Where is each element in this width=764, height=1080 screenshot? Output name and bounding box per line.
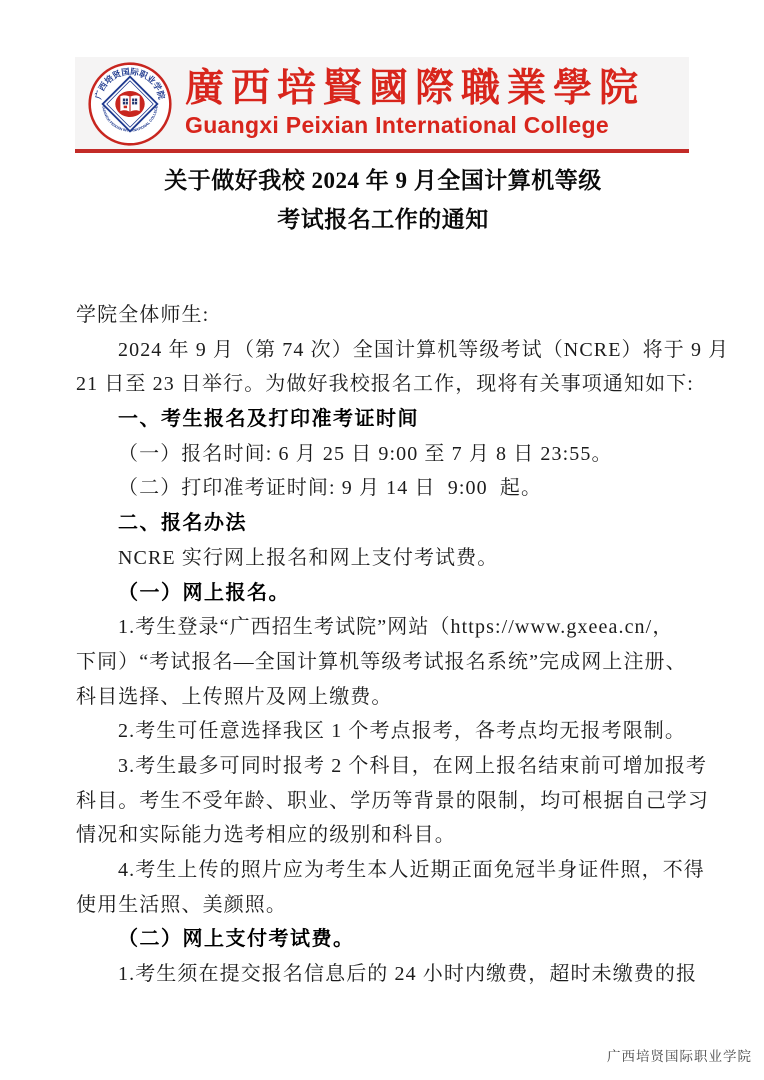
document-line: 2024 年 9 月（第 74 次）全国计算机等级考试（NCRE）将于 9 月 (76, 333, 696, 368)
document-line: 1.考生登录“广西招生考试院”网站（https://www.gxeea.cn/， (76, 610, 696, 645)
college-name-chinese: 廣西培賢國際職業學院 (185, 67, 645, 110)
document-line: 下同）“考试报名—全国计算机等级考试报名系统”完成网上注册、 (76, 645, 696, 680)
notice-document-page: 广西培贤国际职业学院 GUANGXI PEIXIAN INTERNATIONAL… (0, 0, 764, 1080)
college-emblem-icon: 广西培贤国际职业学院 GUANGXI PEIXIAN INTERNATIONAL… (88, 62, 172, 146)
document-line: （一）报名时间: 6 月 25 日 9:00 至 7 月 8 日 23:55。 (76, 437, 696, 472)
document-line: 4.考生上传的照片应为考生本人近期正面免冠半身证件照，不得 (76, 853, 696, 888)
document-line: （二）网上支付考试费。 (76, 922, 696, 957)
document-line: 21 日至 23 日举行。为做好我校报名工作，现将有关事项通知如下: (76, 367, 696, 402)
document-line: 1.考生须在提交报名信息后的 24 小时内缴费，超时未缴费的报 (76, 957, 696, 992)
notice-title: 关于做好我校 2024 年 9 月全国计算机等级 考试报名工作的通知 (75, 161, 691, 239)
college-logo: 广西培贤国际职业学院 GUANGXI PEIXIAN INTERNATIONAL… (88, 62, 172, 146)
letterhead-divider-rule (75, 149, 689, 153)
document-line: 使用生活照、美颜照。 (76, 888, 696, 923)
notice-title-line1: 关于做好我校 2024 年 9 月全国计算机等级 (75, 161, 691, 200)
college-name-block: 廣西培賢國際職業學院 Guangxi Peixian International… (185, 67, 645, 140)
document-line: 一、考生报名及打印准考证时间 (76, 402, 696, 437)
document-line: （一）网上报名。 (76, 576, 696, 611)
document-line: 科目选择、上传照片及网上缴费。 (76, 680, 696, 715)
document-line: 科目。考生不受年龄、职业、学历等背景的限制，均可根据自己学习 (76, 784, 696, 819)
notice-title-line2: 考试报名工作的通知 (75, 200, 691, 239)
document-line: （二）打印准考证时间: 9 月 14 日 9:00 起。 (76, 471, 696, 506)
college-name-english: Guangxi Peixian International College (185, 110, 645, 140)
document-body: 学院全体师生:2024 年 9 月（第 74 次）全国计算机等级考试（NCRE）… (76, 298, 696, 992)
document-line: 3.考生最多可同时报考 2 个科目，在网上报名结束前可增加报考 (76, 749, 696, 784)
document-line: 情况和实际能力选考相应的级别和科目。 (76, 818, 696, 853)
document-line: NCRE 实行网上报名和网上支付考试费。 (76, 541, 696, 576)
document-line: 2.考生可任意选择我区 1 个考点报考，各考点均无报考限制。 (76, 714, 696, 749)
letterhead: 广西培贤国际职业学院 GUANGXI PEIXIAN INTERNATIONAL… (75, 57, 689, 150)
page-footer-college-name: 广西培贤国际职业学院 (607, 1048, 752, 1066)
document-line: 学院全体师生: (76, 298, 696, 333)
document-line: 二、报名办法 (76, 506, 696, 541)
